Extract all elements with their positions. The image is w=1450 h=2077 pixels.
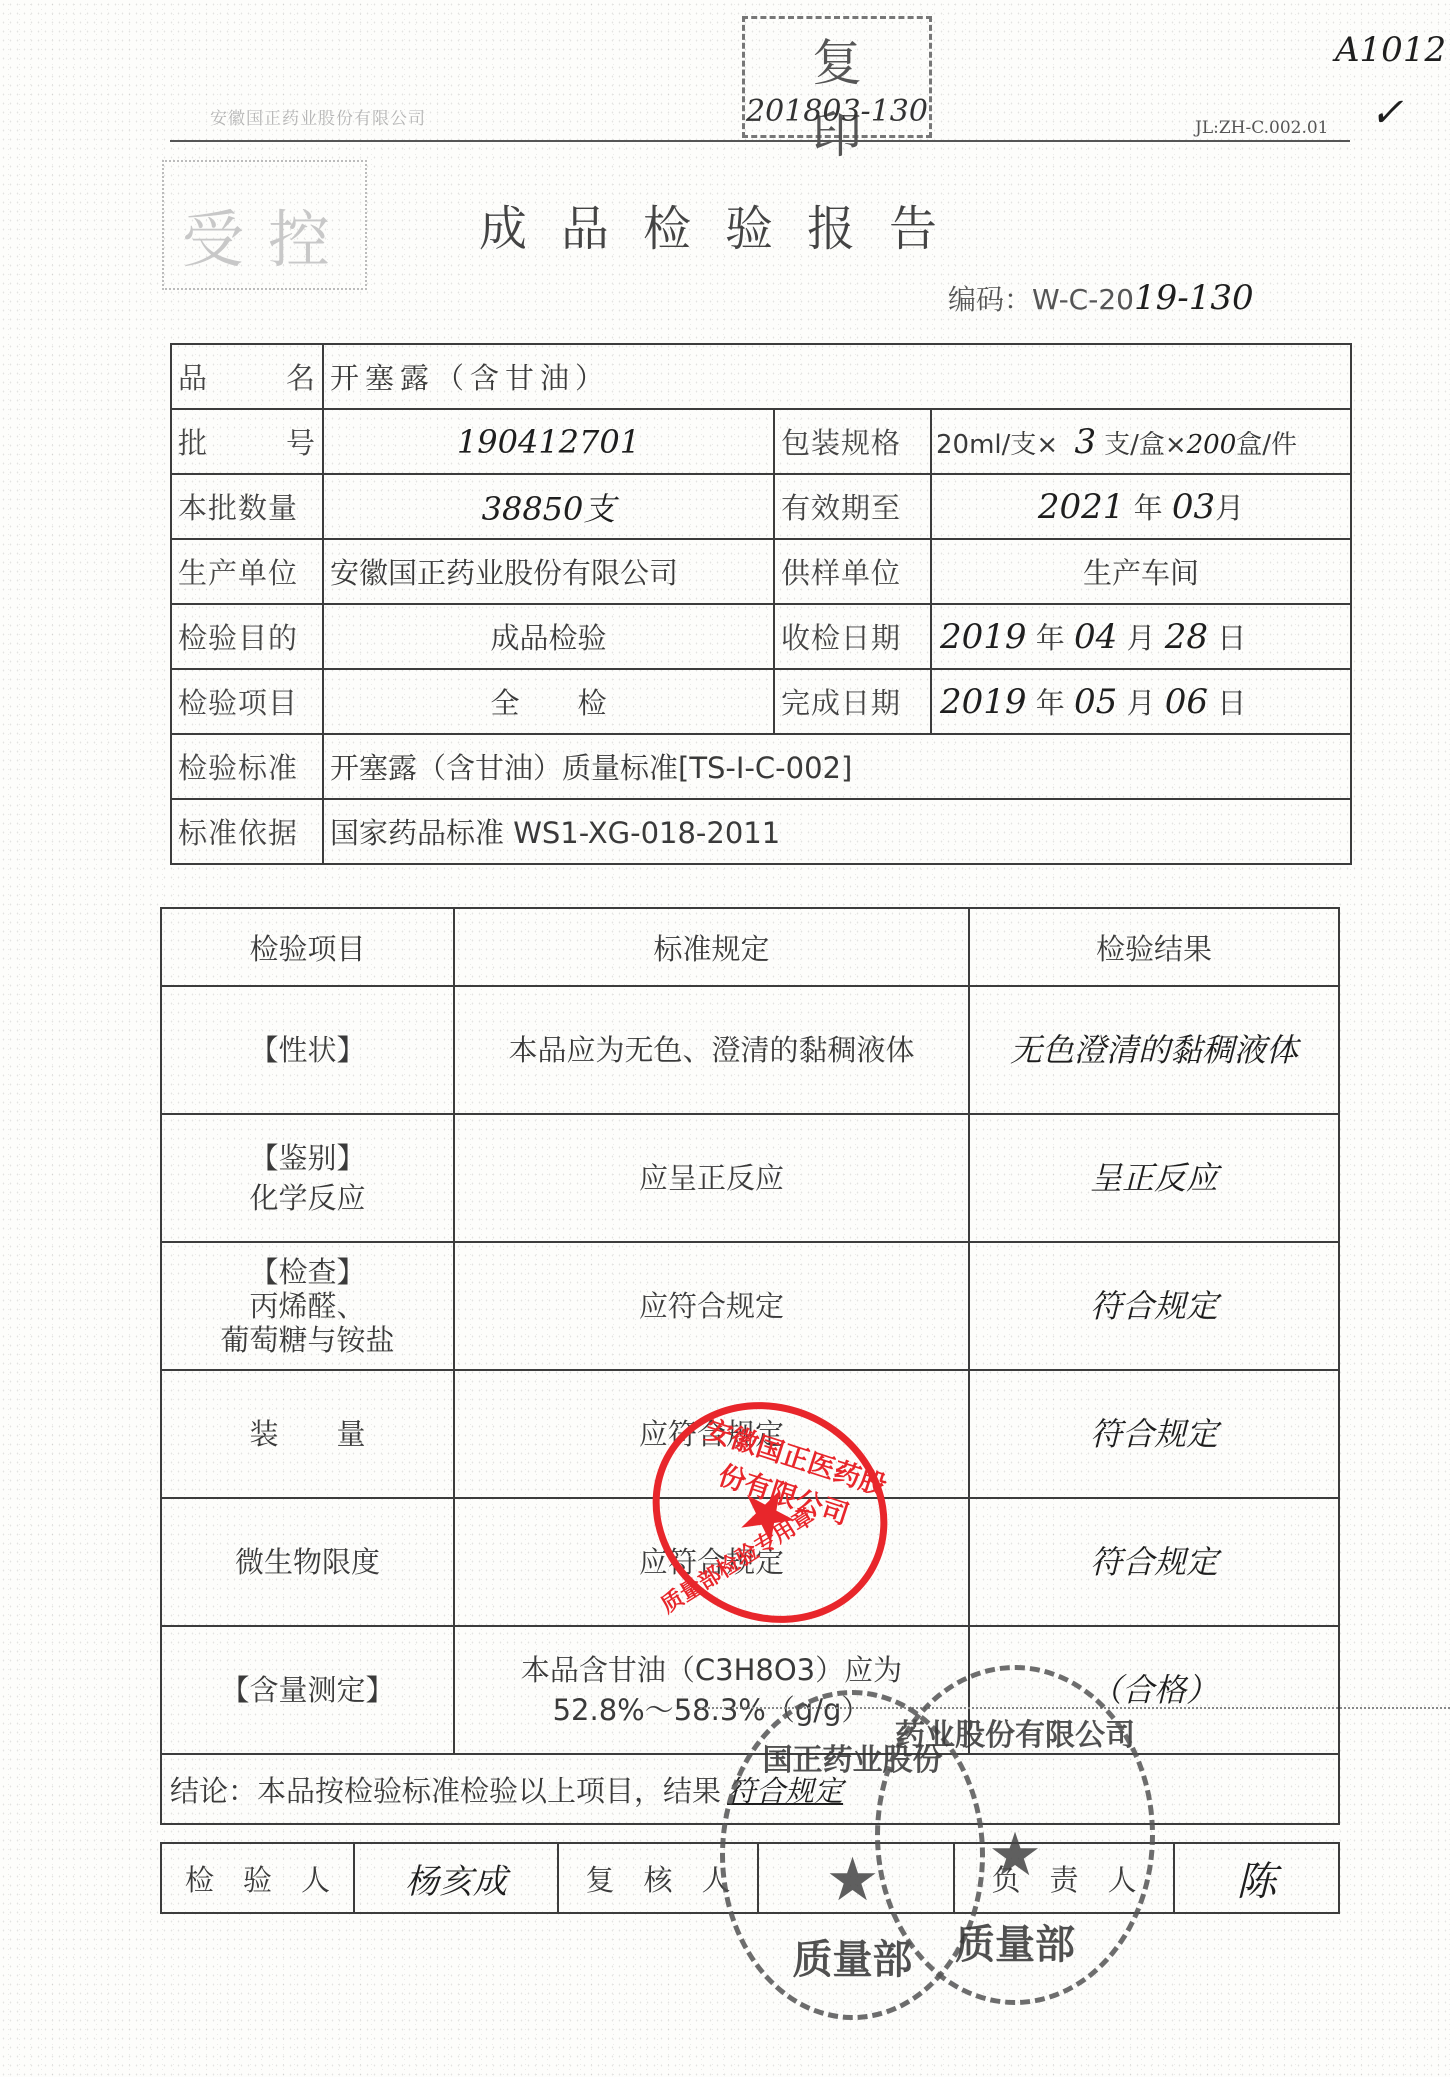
value-product-name: 开塞露（含甘油） (323, 344, 1351, 409)
row-item: 【含量测定】 (161, 1626, 454, 1754)
expiry-year-unit: 年 (1134, 491, 1163, 525)
value-manufacturer: 安徽国正药业股份有限公司 (323, 539, 774, 604)
label-expiry: 有效期至 (774, 474, 931, 539)
conclusion-label: 结论： (170, 1774, 257, 1808)
report-code: 编码：W-C-2019-130 (948, 278, 1254, 318)
results-header-row: 检验项目 标准规定 检验结果 (161, 908, 1339, 986)
row-purpose: 检验目的 成品检验 收检日期 2019 年 04 月 28 日 (171, 604, 1351, 669)
completed-month: 05 (1074, 682, 1117, 722)
completed-year-unit: 年 (1036, 686, 1065, 720)
label-packaging: 包装规格 (774, 409, 931, 474)
value-batch-no: 190412701 (323, 409, 774, 474)
row-standard: 本品应为无色、澄清的黏稠液体 (454, 986, 969, 1114)
label-scope: 检验项目 (171, 669, 323, 734)
checkmark-icon: ✓ (1370, 90, 1404, 136)
value-packaging: 20ml/支× 3支/盒×200盒/件 (931, 409, 1351, 474)
row-result: 符合规定 (969, 1242, 1339, 1370)
received-month: 04 (1074, 617, 1117, 657)
header-standard: 标准规定 (454, 908, 969, 986)
received-day-unit: 日 (1217, 621, 1246, 655)
value-basis: 国家药品标准 WS1-XG-018-2011 (323, 799, 1351, 864)
row-product-name: 品名 开塞露（含甘油） (171, 344, 1351, 409)
report-code-label: 编码： (948, 283, 1032, 316)
expiry-month: 03 (1172, 487, 1215, 527)
row-manufacturer: 生产单位 安徽国正药业股份有限公司 供样单位 生产车间 (171, 539, 1351, 604)
label-purpose: 检验目的 (171, 604, 323, 669)
packaging-prefix: 20ml/支× (936, 430, 1058, 460)
value-purpose: 成品检验 (323, 604, 774, 669)
inspector-label: 检 验 人 (161, 1843, 354, 1913)
results-row: 【检查】 丙烯醛、 葡萄糖与铵盐 应符合规定 符合规定 (161, 1242, 1339, 1370)
document-code: JL:ZH-C.002.01 (1195, 118, 1329, 138)
star-icon: ★ (880, 1820, 1150, 1890)
value-expiry: 2021 年 03月 (931, 474, 1351, 539)
seal-right-bottom-text: 质量部 (880, 1913, 1150, 1970)
manager-signature: 陈 (1174, 1843, 1339, 1913)
label-supplier: 供样单位 (774, 539, 931, 604)
label-product-name: 品名 (171, 344, 323, 409)
page-title: 成品检验报告 (0, 190, 1450, 259)
label-standard: 检验标准 (171, 734, 323, 799)
packaging-suffix: 盒/件 (1236, 430, 1297, 460)
label-batch-no: 批号 (171, 409, 323, 474)
expiry-year: 2021 (1038, 487, 1125, 527)
copy-stamp-number: 201803-130 (745, 94, 929, 129)
row-quantity: 本批数量 38850支 有效期至 2021 年 03月 (171, 474, 1351, 539)
row-standard: 应呈正反应 (454, 1114, 969, 1242)
value-scope: 全 检 (323, 669, 774, 734)
completed-day: 06 (1165, 682, 1208, 722)
company-header-faint: 安徽国正药业股份有限公司 (210, 104, 426, 129)
row-result: 呈正反应 (969, 1114, 1339, 1242)
row-item: 微生物限度 (161, 1498, 454, 1626)
row-item: 【检查】 丙烯醛、 葡萄糖与铵盐 (161, 1242, 454, 1370)
report-code-handwritten: 19-130 (1134, 278, 1254, 318)
row-scope: 检验项目 全 检 完成日期 2019 年 05 月 06 日 (171, 669, 1351, 734)
row-basis: 标准依据 国家药品标准 WS1-XG-018-2011 (171, 799, 1351, 864)
received-year-unit: 年 (1036, 621, 1065, 655)
completed-month-unit: 月 (1126, 686, 1155, 720)
received-month-unit: 月 (1126, 621, 1155, 655)
completed-day-unit: 日 (1217, 686, 1246, 720)
product-info-table: 品名 开塞露（含甘油） 批号 190412701 包装规格 20ml/支× 3支… (170, 343, 1352, 865)
header-item: 检验项目 (161, 908, 454, 986)
completed-year: 2019 (940, 682, 1027, 722)
quality-dept-seal-right: 药业股份有限公司 ★ 质量部 (875, 1665, 1155, 2005)
row-item: 【性状】 (161, 986, 454, 1114)
packaging-mid: 支/盒× (1104, 430, 1187, 460)
label-manufacturer: 生产单位 (171, 539, 323, 604)
label-received-date: 收检日期 (774, 604, 931, 669)
expiry-month-unit: 月 (1215, 491, 1244, 525)
packaging-per-case: 200 (1187, 430, 1237, 460)
report-code-printed: W-C-20 (1032, 283, 1134, 316)
value-completed-date: 2019 年 05 月 06 日 (931, 669, 1351, 734)
row-standard: 应符合规定 (454, 1242, 969, 1370)
label-batch-qty: 本批数量 (171, 474, 323, 539)
value-standard: 开塞露（含甘油）质量标准[TS-I-C-002] (323, 734, 1351, 799)
copy-stamp: 复印 201803-130 (742, 16, 932, 138)
row-batch: 批号 190412701 包装规格 20ml/支× 3支/盒×200盒/件 (171, 409, 1351, 474)
header-result: 检验结果 (969, 908, 1339, 986)
row-item: 【鉴别】 化学反应 (161, 1114, 454, 1242)
label-completed-date: 完成日期 (774, 669, 931, 734)
received-year: 2019 (940, 617, 1027, 657)
row-standard: 检验标准 开塞露（含甘油）质量标准[TS-I-C-002] (171, 734, 1351, 799)
value-received-date: 2019 年 04 月 28 日 (931, 604, 1351, 669)
row-result: 符合规定 (969, 1498, 1339, 1626)
results-row: 【鉴别】 化学反应 应呈正反应 呈正反应 (161, 1114, 1339, 1242)
value-supplier: 生产车间 (931, 539, 1351, 604)
results-table: 检验项目 标准规定 检验结果 【性状】 本品应为无色、澄清的黏稠液体 无色澄清的… (160, 907, 1340, 1825)
inspector-signature: 杨亥成 (354, 1843, 558, 1913)
packaging-per-box: 3 (1074, 422, 1096, 462)
row-result: 符合规定 (969, 1370, 1339, 1498)
handwritten-corner-note: A1012 (1335, 30, 1446, 70)
value-batch-qty: 38850支 (323, 474, 774, 539)
label-basis: 标准依据 (171, 799, 323, 864)
row-result: 无色澄清的黏稠液体 (969, 986, 1339, 1114)
results-row: 【性状】 本品应为无色、澄清的黏稠液体 无色澄清的黏稠液体 (161, 986, 1339, 1114)
conclusion-text: 本品按检验标准检验以上项目，结果 (257, 1774, 721, 1808)
received-day: 28 (1165, 617, 1208, 657)
row-item: 装 量 (161, 1370, 454, 1498)
seal-right-ring-text: 药业股份有限公司 (880, 1710, 1150, 1754)
